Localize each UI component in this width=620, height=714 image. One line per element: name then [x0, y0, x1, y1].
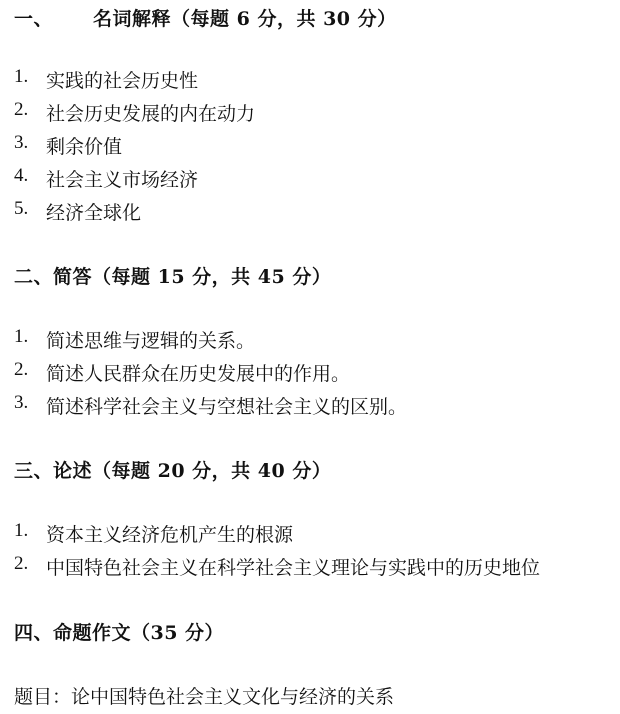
section-1-title: 名词解释（每题 6 分，共 30 分）: [93, 8, 397, 30]
item-text: 经济全球化: [46, 198, 141, 225]
item-number: 2.: [14, 553, 46, 580]
item-text: 剩余价值: [46, 132, 122, 159]
item-number: 1.: [14, 66, 46, 93]
list-item: 4.社会主义市场经济: [14, 165, 198, 192]
item-number: 3.: [14, 392, 46, 419]
item-number: 2.: [14, 359, 46, 386]
list-item: 3.简述科学社会主义与空想社会主义的区别。: [14, 392, 407, 419]
essay-topic: 题目：论中国特色社会主义文化与经济的关系: [14, 682, 394, 709]
list-item: 1.资本主义经济危机产生的根源: [14, 520, 293, 547]
section-2-heading: 二、简答（每题 15 分，共 45 分）: [14, 262, 331, 289]
item-text: 简述思维与逻辑的关系。: [46, 326, 255, 353]
section-1-heading: 一、名词解释（每题 6 分，共 30 分）: [14, 4, 397, 31]
list-item: 1.简述思维与逻辑的关系。: [14, 326, 255, 353]
item-text: 社会主义市场经济: [46, 165, 198, 192]
list-item: 1.实践的社会历史性: [14, 66, 198, 93]
item-number: 4.: [14, 165, 46, 192]
topic-label: 题目：: [14, 682, 71, 709]
item-text: 简述人民群众在历史发展中的作用。: [46, 359, 350, 386]
item-text: 中国特色社会主义在科学社会主义理论与实践中的历史地位: [46, 553, 540, 580]
section-1-prefix: 一、: [14, 8, 53, 30]
section-4-heading: 四、命题作文（35 分）: [14, 618, 224, 645]
list-item: 3.剩余价值: [14, 132, 122, 159]
item-number: 1.: [14, 326, 46, 353]
item-text: 社会历史发展的内在动力: [46, 99, 255, 126]
list-item: 2.中国特色社会主义在科学社会主义理论与实践中的历史地位: [14, 553, 540, 580]
section-3-heading: 三、论述（每题 20 分，共 40 分）: [14, 456, 331, 483]
item-text: 简述科学社会主义与空想社会主义的区别。: [46, 392, 407, 419]
list-item: 5.经济全球化: [14, 198, 141, 225]
item-text: 资本主义经济危机产生的根源: [46, 520, 293, 547]
item-number: 5.: [14, 198, 46, 225]
topic-text: 论中国特色社会主义文化与经济的关系: [71, 682, 394, 709]
list-item: 2.社会历史发展的内在动力: [14, 99, 255, 126]
item-number: 1.: [14, 520, 46, 547]
item-number: 2.: [14, 99, 46, 126]
item-text: 实践的社会历史性: [46, 66, 198, 93]
list-item: 2.简述人民群众在历史发展中的作用。: [14, 359, 350, 386]
item-number: 3.: [14, 132, 46, 159]
